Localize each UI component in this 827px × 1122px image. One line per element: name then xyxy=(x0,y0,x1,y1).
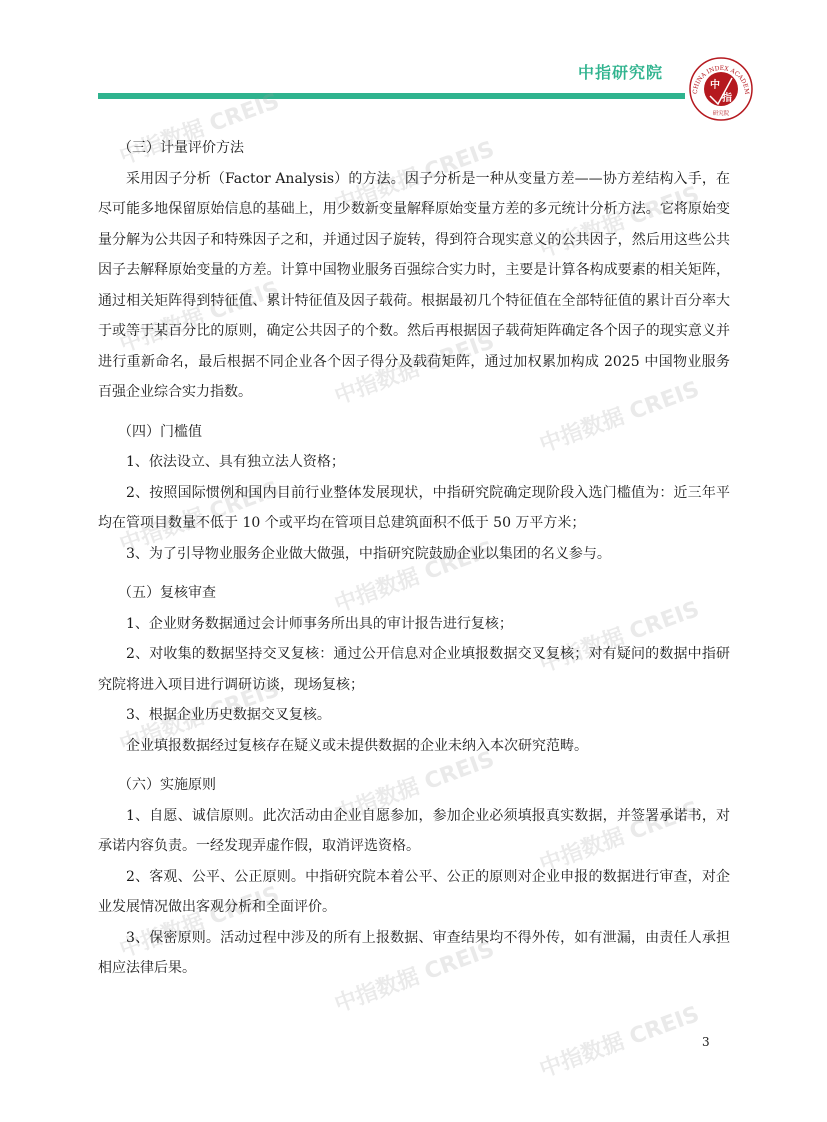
paragraph: 采用因子分析（Factor Analysis）的方法。因子分析是一种从变量方差—… xyxy=(98,164,730,408)
section-heading: （三）计量评价方法 xyxy=(98,133,730,164)
paragraph: 企业填报数据经过复核存在疑义或未提供数据的企业未纳入本次研究范畴。 xyxy=(98,731,730,762)
page-number: 3 xyxy=(702,1035,710,1049)
paragraph: 2、按照国际惯例和国内目前行业整体发展现状，中指研究院确定现阶段入选门槛值为：近… xyxy=(98,478,730,539)
paragraph: 3、保密原则。活动过程中涉及的所有上报数据、审查结果均不得外传，如有泄漏，由责任… xyxy=(98,923,730,984)
watermark: 中指数据 CREIS xyxy=(535,997,703,1084)
paragraph: 2、客观、公平、公正原则。中指研究院本着公平、公正的原则对企业申报的数据进行审查… xyxy=(98,862,730,923)
paragraph: 1、依法设立、具有独立法人资格； xyxy=(98,447,730,478)
paragraph: 3、为了引导物业服务企业做大做强，中指研究院鼓励企业以集团的名义参与。 xyxy=(98,539,730,570)
paragraph: 1、自愿、诚信原则。此次活动由企业自愿参加，参加企业必须填报真实数据，并签署承诺… xyxy=(98,801,730,862)
header-divider xyxy=(98,93,685,99)
section-heading: （五）复核审查 xyxy=(98,578,730,609)
header-title: 中指研究院 xyxy=(578,60,663,83)
section-heading: （四）门槛值 xyxy=(98,417,730,448)
document-body: （三）计量评价方法 采用因子分析（Factor Analysis）的方法。因子分… xyxy=(98,133,730,984)
section-heading: （六）实施原则 xyxy=(98,770,730,801)
paragraph: 3、根据企业历史数据交叉复核。 xyxy=(98,700,730,731)
paragraph: 1、企业财务数据通过会计师事务所出具的审计报告进行复核； xyxy=(98,609,730,640)
svg-text:中: 中 xyxy=(710,78,720,91)
paragraph: 2、对收集的数据坚持交叉复核：通过公开信息对企业填报数据交叉复核；对有疑问的数据… xyxy=(98,639,730,700)
china-index-academy-logo-icon: CHINA INDEX ACADEMY 中 指 研究院 xyxy=(688,56,754,122)
svg-text:研究院: 研究院 xyxy=(713,109,730,117)
